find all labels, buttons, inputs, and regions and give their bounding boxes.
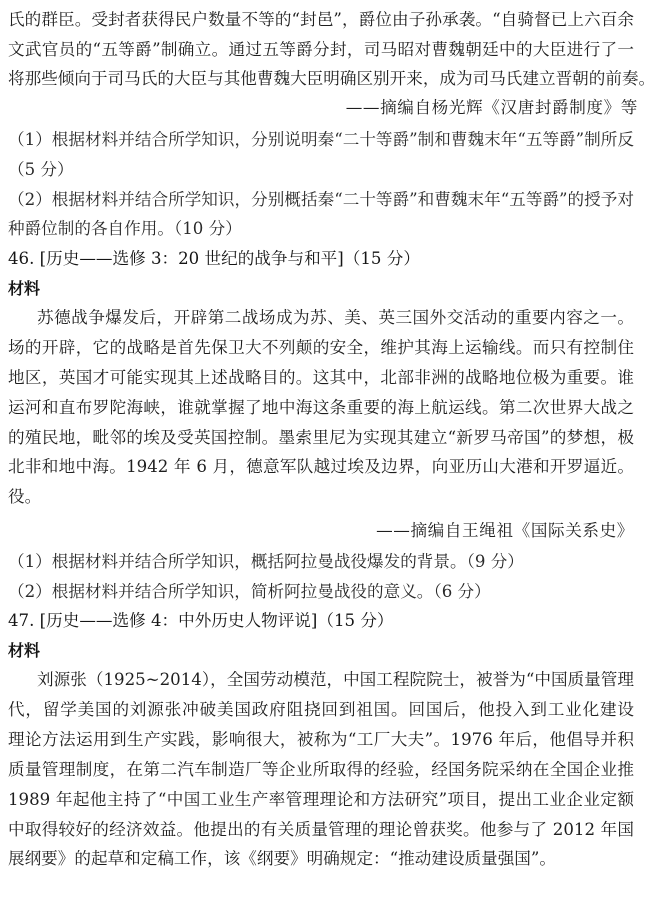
q46-question-2: （2）根据材料并结合所学知识，简析阿拉曼战役的意义。（6 分）: [8, 577, 634, 607]
q47-heading: 47. [历史——选修 4：中外历史人物评说]（15 分）: [8, 606, 634, 636]
material-line: 展纲要》的起草和定稿工作，该《纲要》明确规定：“推动建设质量强国”。: [8, 844, 634, 874]
material-line: 地区，英国才可能实现其上述战略目的。这其中，北部非洲的战略地位极为重要。谁控制了…: [8, 363, 634, 393]
question-line: （5 分）: [8, 155, 634, 185]
question-line: 种爵位制的各自作用。（10 分）: [8, 214, 634, 244]
q47-material-label: 材料: [8, 636, 634, 666]
material-line: 场的开辟，它的战略是首先保卫大不列颠的安全，维护其海上运输线。而只有控制住北非、…: [8, 333, 634, 363]
material-line: 将那些倾向于司马氏的大臣与其他曹魏大臣明确区别开来，成为司马氏建立晋朝的前奏。: [8, 64, 634, 94]
q46-source-citation: ——摘编自王绳祖《国际关系史》: [376, 516, 634, 546]
question-line: （1）根据材料并结合所学知识，分别说明秦“二十等爵”制和曹魏末年“五等爵”制所反…: [8, 125, 634, 155]
material-line: 刘源张（1925~2014），全国劳动模范，中国工程院院士，被誉为“中国质量管理…: [37, 665, 634, 695]
material-line: 苏德战争爆发后，开辟第二战场成为苏、美、英三国外交活动的重要内容之一。英国极力拖…: [37, 303, 634, 333]
material-line: 质量管理制度，在第二汽车制造厂等企业所取得的经验，经国务院采纳在全国企业推广，产…: [8, 755, 634, 785]
material-line: 役。: [8, 482, 634, 512]
material-line: 北非和地中海。1942 年 6 月，德意军队越过埃及边界，向亚历山大港和开罗逼近…: [8, 452, 634, 482]
material-line: 1989 年起他主持了“中国工业生产率管理理论和方法研究”项目，提出工业企业定额…: [8, 785, 634, 815]
material-line: 的殖民地，毗邻的埃及受英国控制。墨索里尼为实现其建立“新罗马帝国”的梦想，极力要…: [8, 423, 634, 453]
question-line: （2）根据材料并结合所学知识，分别概括秦“二十等爵”和曹魏末年“五等爵”的授予对…: [8, 185, 634, 215]
q46-material-label: 材料: [8, 274, 634, 304]
material-line: 代，留学美国的刘源张冲破美国政府阻挠回到祖国。回国后，他投入到工业化建设中，将所…: [8, 695, 634, 725]
q45-source-citation: ——摘编自杨光辉《汉唐封爵制度》等: [346, 93, 638, 123]
q46-heading: 46. [历史——选修 3：20 世纪的战争与和平]（15 分）: [8, 244, 634, 274]
material-line: 理论方法运用到生产实践，影响很大，被称为“工厂大夫”。1976 年后，他倡导并积…: [8, 725, 634, 755]
material-line: 中取得较好的经济效益。他提出的有关质量管理的理论曾获奖。他参与了 2012 年国…: [8, 815, 634, 845]
material-line: 运河和直布罗陀海峡，谁就掌握了地中海这条重要的海上航运线。第二次世界大战之前，利…: [8, 393, 634, 423]
material-line: 文武官员的“五等爵”制确立。通过五等爵分封，司马昭对曹魏朝廷中的大臣进行了一次比…: [8, 35, 634, 65]
material-line: 氏的群臣。受封者获得民户数量不等的“封邑”，爵位由子孙承袭。“自骑督已上六百余人…: [8, 5, 634, 35]
q46-question-1: （1）根据材料并结合所学知识，概括阿拉曼战役爆发的背景。（9 分）: [8, 547, 634, 577]
